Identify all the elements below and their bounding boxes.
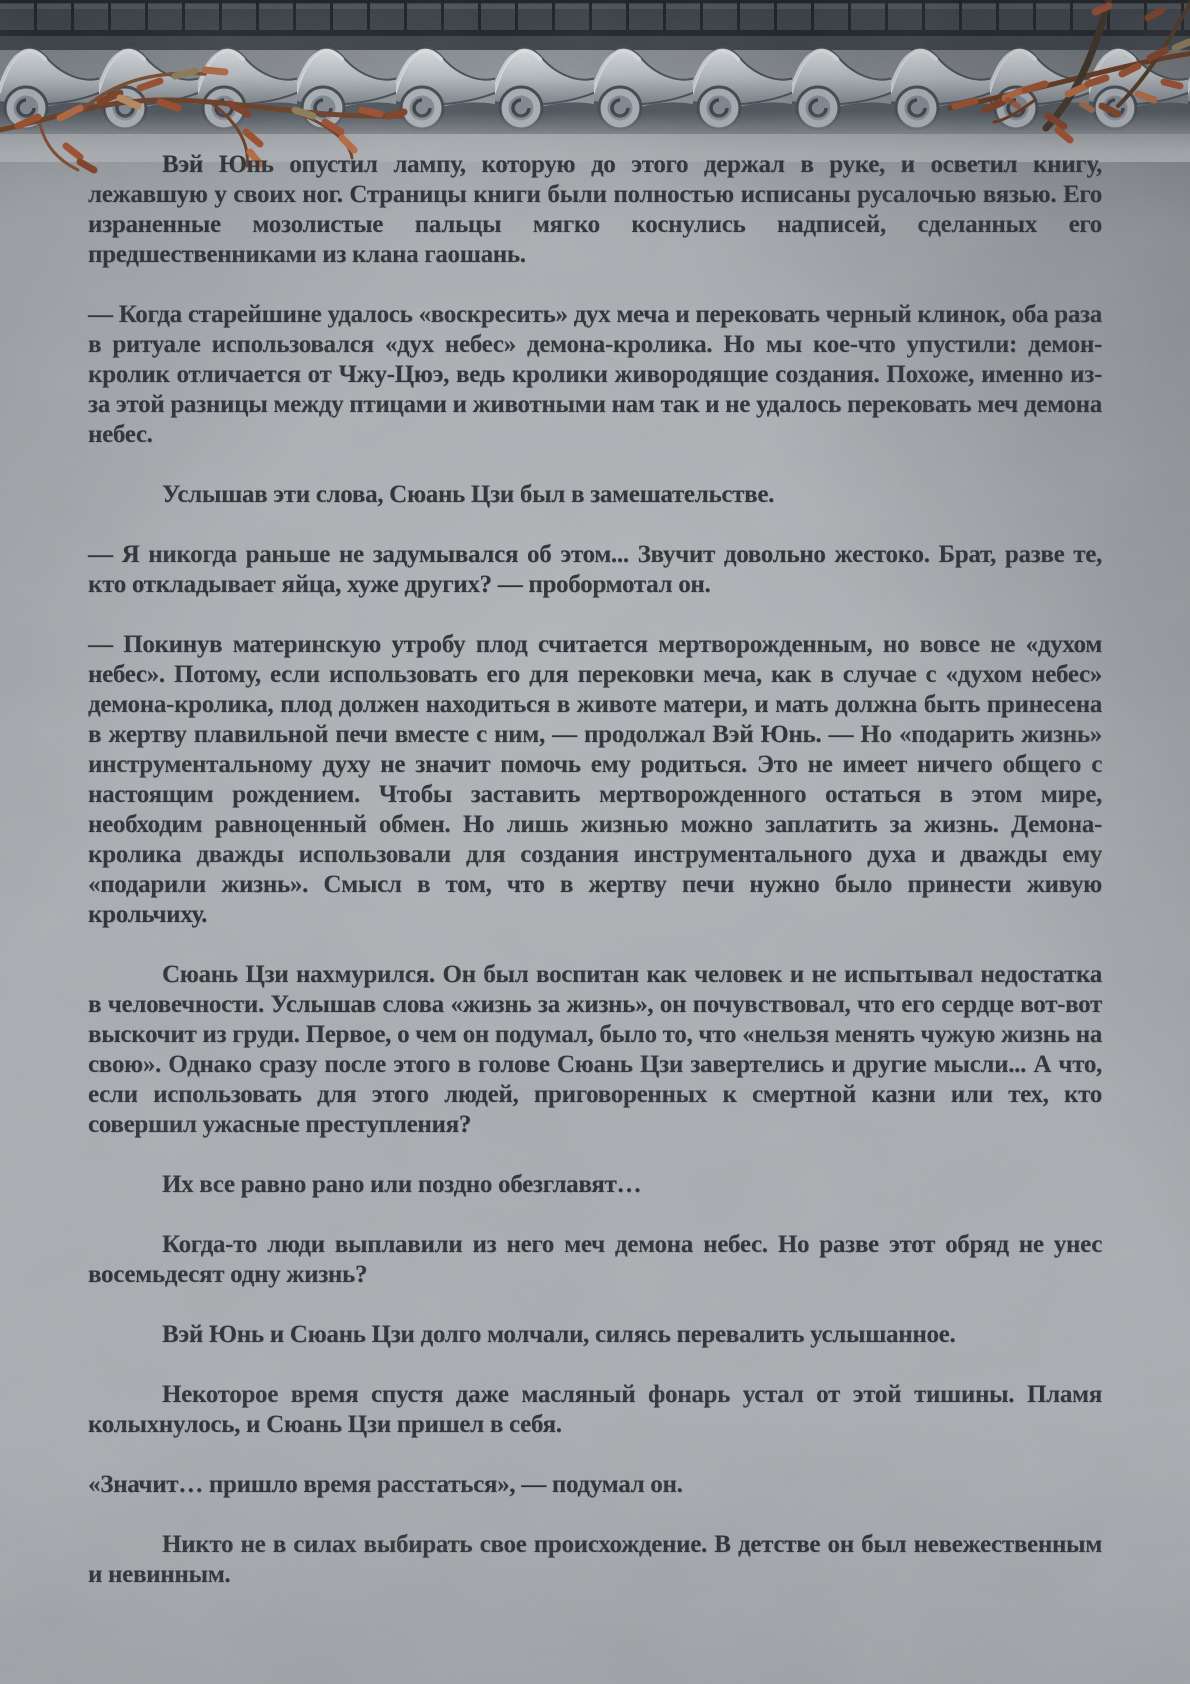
book-page: Вэй Юнь опустил лампу, которую до этого … [0,0,1190,1684]
paragraph: — Когда старейшине удалось «воскресить» … [88,300,1102,450]
paragraph: — Покинув материнскую утробу плод считае… [88,630,1102,930]
paragraph: Когда-то люди выплавили из него меч демо… [88,1230,1102,1290]
paragraph: Никто не в силах выбирать свое происхожд… [88,1530,1102,1590]
paragraph: — Я никогда раньше не задумывался об это… [88,540,1102,600]
paragraph: Сюань Цзи нахмурился. Он был воспитан ка… [88,960,1102,1140]
paragraph: Вэй Юнь опустил лампу, которую до этого … [88,150,1102,270]
roof-tiles-image [0,0,1190,175]
paragraph: «Значит… пришло время расстаться», — под… [88,1470,1102,1500]
paragraph: Вэй Юнь и Сюань Цзи долго молчали, силяс… [88,1320,1102,1350]
page-text: Вэй Юнь опустил лампу, которую до этого … [88,150,1102,1620]
paragraph: Их все равно рано или поздно обезглавят… [88,1170,1102,1200]
roof-tiles-decoration [0,0,1190,175]
paragraph: Услышав эти слова, Сюань Цзи был в замеш… [88,480,1102,510]
paragraph: Некоторое время спустя даже масляный фон… [88,1380,1102,1440]
